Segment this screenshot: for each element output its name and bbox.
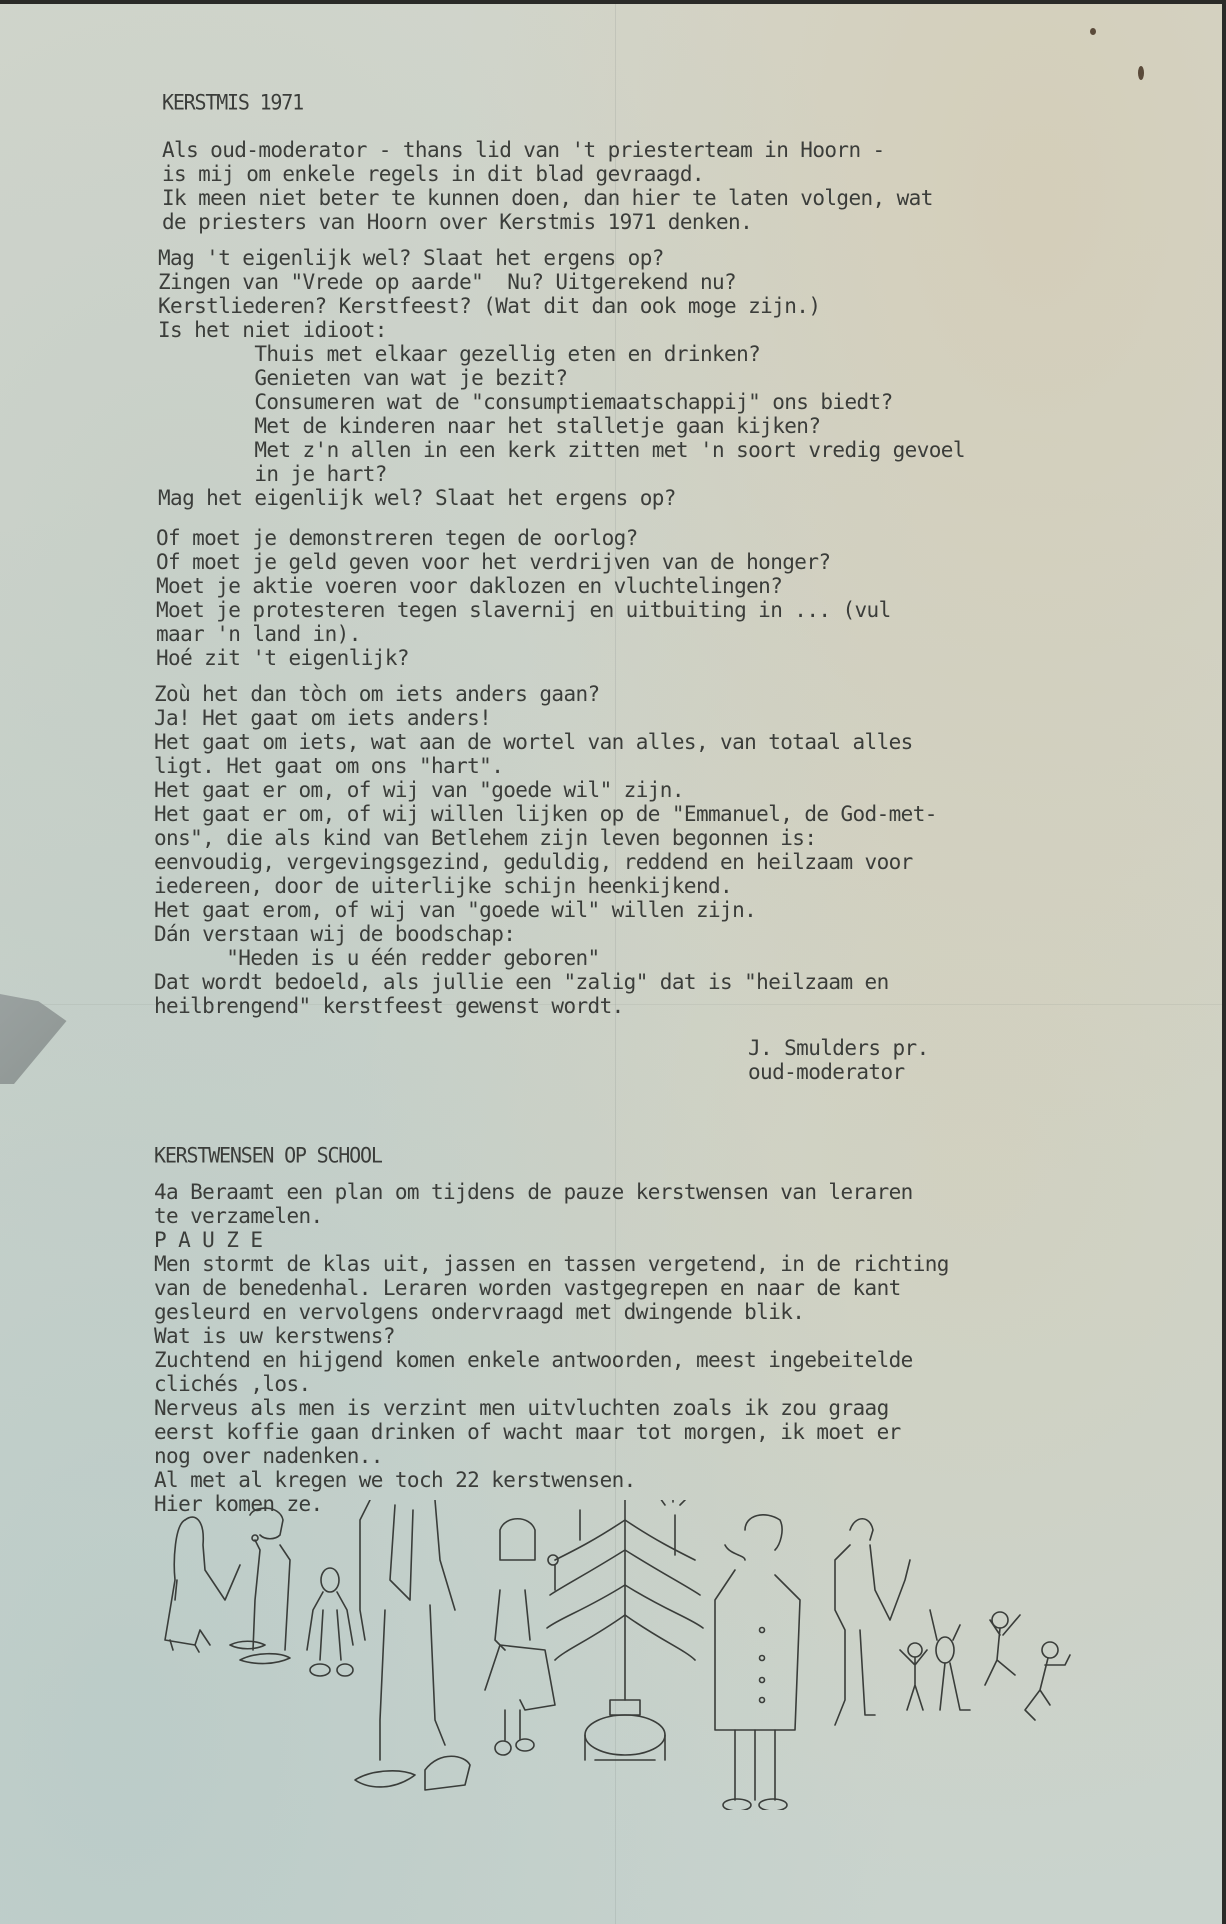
figure-waving-man bbox=[835, 1519, 910, 1725]
text-line: Het gaat er om, of wij willen lijken op … bbox=[154, 802, 937, 826]
figure-tall-man bbox=[355, 1500, 470, 1790]
text-line: Ik meen niet beter te kunnen doen, dan h… bbox=[162, 186, 933, 210]
figure-stick-children bbox=[900, 1610, 1070, 1720]
text-line: Men stormt de klas uit, jassen en tassen… bbox=[154, 1252, 949, 1276]
text-line: nog over nadenken.. bbox=[154, 1444, 383, 1468]
text-line: ligt. Het gaat om ons "hart". bbox=[154, 754, 503, 778]
text-line: Nerveus als men is verzint men uitvlucht… bbox=[154, 1396, 889, 1420]
signature-name: J. Smulders pr. bbox=[748, 1036, 929, 1060]
text-line: heilbrengend" kerstfeest gewenst wordt. bbox=[154, 994, 624, 1018]
paper-tear bbox=[0, 994, 70, 1084]
text-line: van de benedenhal. Leraren worden vastge… bbox=[154, 1276, 901, 1300]
paper-stain bbox=[1138, 66, 1144, 80]
text-line: Hoé zit 't eigenlijk? bbox=[156, 646, 409, 670]
text-line: Kerstliederen? Kerstfeest? (Wat dit dan … bbox=[158, 294, 820, 318]
text-line: clichés ,los. bbox=[154, 1372, 311, 1396]
text-line: Mag 't eigenlijk wel? Slaat het ergens o… bbox=[158, 246, 664, 270]
text-line: ons", die als kind van Betlehem zijn lev… bbox=[154, 826, 816, 850]
text-line: Consumeren wat de "consumptiemaatschappi… bbox=[158, 390, 893, 414]
text-line: Is het niet idioot: bbox=[158, 318, 387, 342]
text-line: Al met al kregen we toch 22 kerstwensen. bbox=[154, 1468, 636, 1492]
text-line: Moet je aktie voeren voor daklozen en vl… bbox=[156, 574, 782, 598]
text-line: Of moet je geld geven voor het verdrijve… bbox=[156, 550, 830, 574]
text-line: Dat wordt bedoeld, als jullie een "zalig… bbox=[154, 970, 889, 994]
figure-man-pipe bbox=[230, 1508, 290, 1664]
text-line: Het gaat erom, of wij van "goede wil" wi… bbox=[154, 898, 756, 922]
article-title: KERSTWENSEN OP SCHOOL bbox=[154, 1142, 382, 1167]
text-line: Zuchtend en hijgend komen enkele antwoor… bbox=[154, 1348, 913, 1372]
text-line: "Heden is u één redder geboren" bbox=[154, 946, 600, 970]
text-line: P A U Z E bbox=[154, 1228, 262, 1252]
text-line: Ja! Het gaat om iets anders! bbox=[154, 706, 491, 730]
text-line: Thuis met elkaar gezellig eten en drinke… bbox=[158, 342, 760, 366]
text-line: in je hart? bbox=[158, 462, 387, 486]
text-line: Met z'n allen in een kerk zitten met 'n … bbox=[158, 438, 965, 462]
text-line: Genieten van wat je bezit? bbox=[158, 366, 567, 390]
figure-girl bbox=[485, 1519, 555, 1755]
text-line: eenvoudig, vergevingsgezind, geduldig, r… bbox=[154, 850, 913, 874]
text-line: Zingen van "Vrede op aarde" Nu? Uitgerek… bbox=[158, 270, 736, 294]
paper-stain bbox=[1090, 28, 1096, 35]
text-line: gesleurd en vervolgens ondervraagd met d… bbox=[154, 1300, 804, 1324]
text-line: Zoù het dan tòch om iets anders gaan? bbox=[154, 682, 600, 706]
text-line: Mag het eigenlijk wel? Slaat het ergens … bbox=[158, 486, 676, 510]
text-line: Met de kinderen naar het stalletje gaan … bbox=[158, 414, 820, 438]
text-line: 4a Beraamt een plan om tijdens de pauze … bbox=[154, 1180, 913, 1204]
text-line: Als oud-moderator - thans lid van 't pri… bbox=[162, 138, 885, 162]
text-line: is mij om enkele regels in dit blad gevr… bbox=[162, 162, 704, 186]
christmas-tree bbox=[547, 1500, 703, 1760]
christmas-sketch-icon bbox=[155, 1500, 1105, 1810]
text-line: Het gaat om iets, wat aan de wortel van … bbox=[154, 730, 913, 754]
figure-coat-man bbox=[715, 1515, 800, 1810]
text-line: maar 'n land in). bbox=[156, 622, 361, 646]
text-line: te verzamelen. bbox=[154, 1204, 323, 1228]
text-line: iedereen, door de uiterlijke schijn heen… bbox=[154, 874, 732, 898]
text-line: de priesters van Hoorn over Kerstmis 197… bbox=[162, 210, 752, 234]
figure-woman bbox=[165, 1517, 240, 1652]
text-line: Wat is uw kerstwens? bbox=[154, 1324, 395, 1348]
text-line: Of moet je demonstreren tegen de oorlog? bbox=[156, 526, 638, 550]
figure-child bbox=[307, 1568, 353, 1676]
text-line: eerst koffie gaan drinken of wacht maar … bbox=[154, 1420, 901, 1444]
article-title: KERSTMIS 1971 bbox=[162, 89, 303, 114]
text-line: Het gaat er om, of wij van "goede wil" z… bbox=[154, 778, 684, 802]
signature-role: oud-moderator bbox=[748, 1060, 905, 1084]
text-line: Moet je protesteren tegen slavernij en u… bbox=[156, 598, 891, 622]
illustration-sketch bbox=[155, 1500, 1105, 1810]
text-line: Dán verstaan wij de boodschap: bbox=[154, 922, 515, 946]
